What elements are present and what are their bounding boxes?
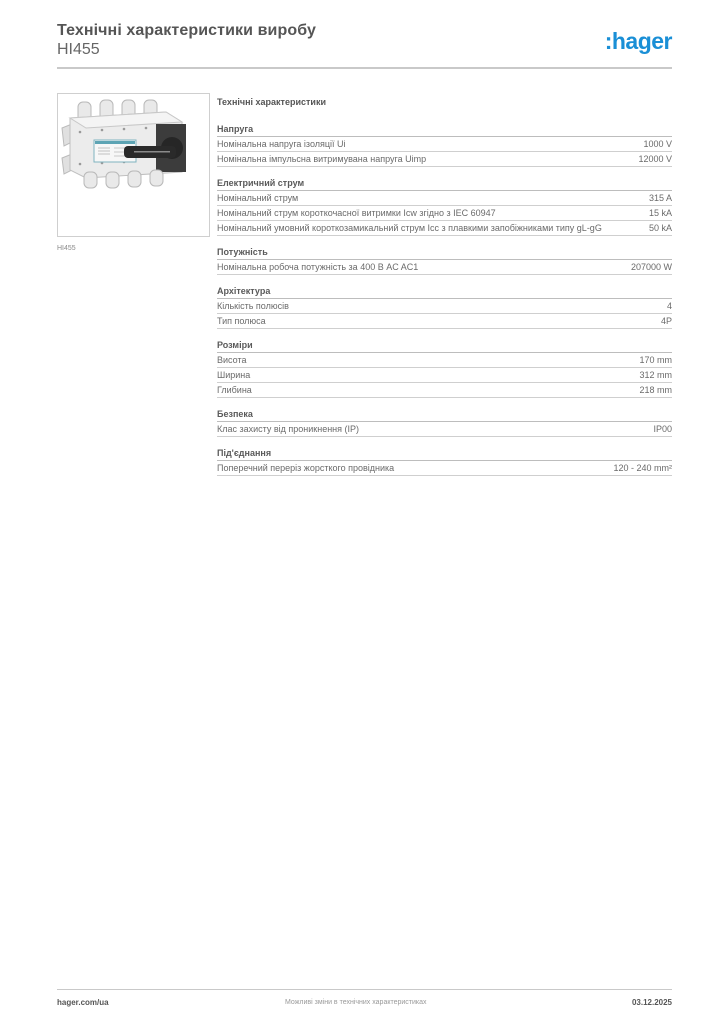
section-title: Безпека bbox=[217, 408, 672, 422]
spec-row: Номінальний струм короткочасної витримки… bbox=[217, 206, 672, 221]
spec-section: ПотужністьНомінальна робоча потужність з… bbox=[217, 246, 672, 275]
product-code: HI455 bbox=[57, 41, 672, 59]
product-image bbox=[57, 93, 210, 237]
spec-label: Номінальний умовний короткозамикальний с… bbox=[217, 223, 649, 234]
hager-logo: :hager bbox=[605, 29, 672, 53]
document-header: Технічні характеристики виробу HI455 :ha… bbox=[57, 21, 672, 59]
spec-label: Клас захисту від проникнення (IP) bbox=[217, 424, 653, 435]
section-title: Потужність bbox=[217, 246, 672, 260]
document-date: 03.12.2025 bbox=[632, 998, 672, 1007]
technical-specs: Технічні характеристики НапругаНомінальн… bbox=[217, 96, 672, 486]
spec-label: Глибина bbox=[217, 385, 639, 396]
spec-value: 4P bbox=[661, 316, 672, 327]
section-title: Архітектура bbox=[217, 285, 672, 299]
spec-label: Номінальний струм короткочасної витримки… bbox=[217, 208, 649, 219]
spec-value: 218 mm bbox=[639, 385, 672, 396]
spec-value: 1000 V bbox=[643, 139, 672, 150]
section-title: Під'єднання bbox=[217, 447, 672, 461]
section-title: Напруга bbox=[217, 123, 672, 137]
header-divider bbox=[57, 67, 672, 69]
spec-value: 315 A bbox=[649, 193, 672, 204]
spec-section: Під'єднанняПоперечний переріз жорсткого … bbox=[217, 447, 672, 476]
spec-value: 50 kA bbox=[649, 223, 672, 234]
spec-value: 15 kA bbox=[649, 208, 672, 219]
spec-value: 312 mm bbox=[639, 370, 672, 381]
spec-value: IP00 bbox=[653, 424, 672, 435]
footer-divider bbox=[57, 989, 672, 990]
disclaimer-note: Можливі зміни в технічних характеристика… bbox=[285, 999, 427, 1006]
spec-row: Кількість полюсів4 bbox=[217, 299, 672, 314]
spec-section: АрхітектураКількість полюсів4Тип полюса4… bbox=[217, 285, 672, 329]
spec-row: Номінальна робоча потужність за 400 В AC… bbox=[217, 260, 672, 275]
spec-label: Номінальна імпульсна витримувана напруга… bbox=[217, 154, 638, 165]
spec-value: 120 - 240 mm² bbox=[613, 463, 672, 474]
spec-section: НапругаНомінальна напруга ізоляції Ui100… bbox=[217, 123, 672, 167]
spec-row: Номінальна імпульсна витримувана напруга… bbox=[217, 152, 672, 167]
spec-value: 4 bbox=[667, 301, 672, 312]
spec-label: Кількість полюсів bbox=[217, 301, 667, 312]
spec-row: Клас захисту від проникнення (IP)IP00 bbox=[217, 422, 672, 437]
spec-section: Електричний струмНомінальний струм315 AН… bbox=[217, 177, 672, 236]
page-footer: hager.com/ua Можливі зміни в технічних х… bbox=[57, 998, 672, 1010]
spec-row: Поперечний переріз жорсткого провідника1… bbox=[217, 461, 672, 476]
spec-row: Ширина312 mm bbox=[217, 368, 672, 383]
spec-row: Номінальна напруга ізоляції Ui1000 V bbox=[217, 137, 672, 152]
spec-row: Висота170 mm bbox=[217, 353, 672, 368]
spec-row: Номінальний умовний короткозамикальний с… bbox=[217, 221, 672, 236]
spec-label: Висота bbox=[217, 355, 639, 366]
spec-label: Поперечний переріз жорсткого провідника bbox=[217, 463, 613, 474]
spec-label: Тип полюса bbox=[217, 316, 661, 327]
section-title: Електричний струм bbox=[217, 177, 672, 191]
spec-row: Глибина218 mm bbox=[217, 383, 672, 398]
spec-section: БезпекаКлас захисту від проникнення (IP)… bbox=[217, 408, 672, 437]
spec-row: Номінальний струм315 A bbox=[217, 191, 672, 206]
spec-label: Номінальна робоча потужність за 400 В AC… bbox=[217, 262, 631, 273]
spec-label: Ширина bbox=[217, 370, 639, 381]
spec-value: 207000 W bbox=[631, 262, 672, 273]
spec-label: Номінальна напруга ізоляції Ui bbox=[217, 139, 643, 150]
switch-disconnector-illustration bbox=[58, 94, 210, 237]
spec-row: Тип полюса4P bbox=[217, 314, 672, 329]
specs-title: Технічні характеристики bbox=[217, 96, 672, 110]
product-caption: HI455 bbox=[57, 245, 76, 252]
spec-label: Номінальний струм bbox=[217, 193, 649, 204]
spec-section: РозміриВисота170 mmШирина312 mmГлибина21… bbox=[217, 339, 672, 398]
spec-value: 12000 V bbox=[638, 154, 672, 165]
document-title: Технічні характеристики виробу bbox=[57, 21, 672, 41]
website-link[interactable]: hager.com/ua bbox=[57, 998, 109, 1007]
spec-sections: НапругаНомінальна напруга ізоляції Ui100… bbox=[217, 123, 672, 476]
spec-value: 170 mm bbox=[639, 355, 672, 366]
section-title: Розміри bbox=[217, 339, 672, 353]
